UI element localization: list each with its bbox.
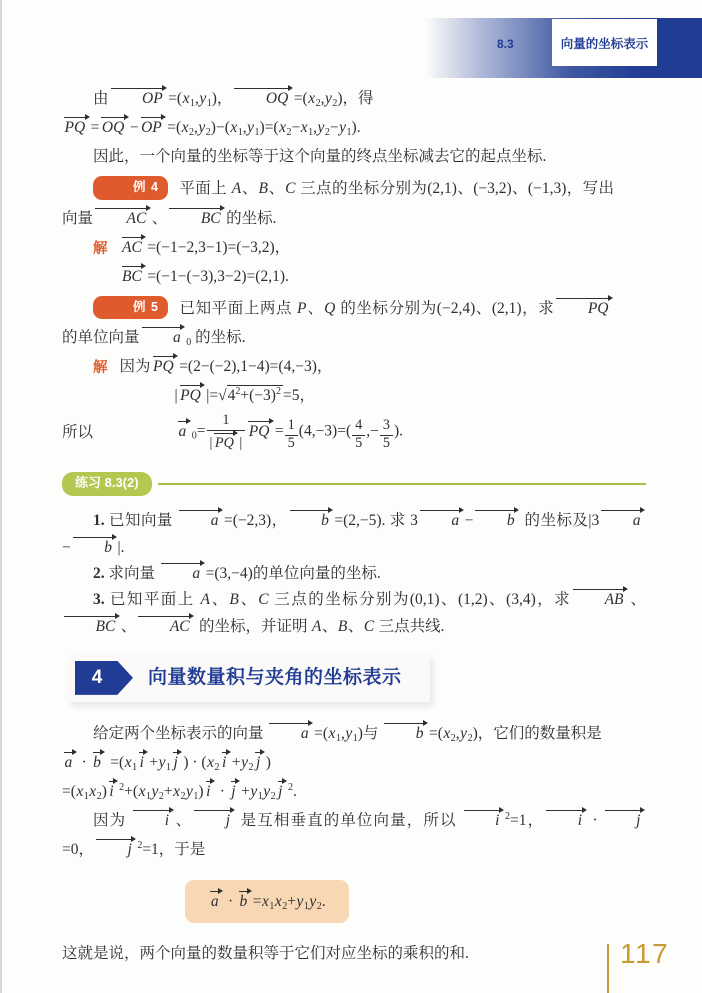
- page-number-rule: [607, 944, 609, 993]
- chapter-title: 向量的坐标表示: [561, 34, 649, 52]
- vector: AB: [572, 587, 628, 609]
- vector: j: [604, 808, 645, 830]
- intro-line-1: 由OP=(x1,y1)，OQ=(x2,y2)，得: [62, 84, 646, 113]
- exercise-item-1-number: 1.: [93, 512, 105, 529]
- vector: a: [209, 889, 223, 911]
- section4-heading-panel: 4 向量数量积与夹角的坐标表示: [68, 654, 430, 702]
- vector: a: [268, 721, 313, 743]
- example5-solution-line1: 因为PQ=(2−(−2),1−4)=(4,−3)，: [120, 352, 647, 381]
- page-number: 117: [620, 938, 669, 970]
- dot-product-paragraph-2: 因为 i、j 是互相垂直的单位向量，所以 i2=1，i · j=0，j2=1，于…: [62, 806, 646, 864]
- vector: AC: [121, 235, 147, 257]
- exercise-divider-line: [158, 483, 646, 485]
- vector: b: [72, 535, 117, 557]
- vector: j: [172, 750, 182, 772]
- exercise-item-1: 1. 已知向量 a=(−2,3)，b=(2,−5). 求 3a−b 的坐标及|3…: [62, 508, 646, 561]
- example5-badge: 例 5: [93, 296, 168, 320]
- vector: a: [141, 325, 186, 347]
- fraction: 45: [352, 418, 365, 452]
- vector: PQ: [152, 354, 179, 376]
- vector: a: [419, 508, 464, 530]
- formula-highlight-box: a · b=x1x2+y1y2.: [185, 880, 349, 923]
- vector: j: [254, 750, 264, 772]
- example4-solution-line1: AC=(−1−2,3−1)=(−3,2)，: [120, 233, 647, 262]
- section4-number-arrow: 4: [75, 661, 133, 695]
- vector: i: [205, 779, 215, 801]
- exercise-title-pill: 练习 8.3(2): [62, 472, 152, 496]
- vector: i: [221, 750, 231, 772]
- example5-conclusion-word: 所以: [62, 418, 93, 447]
- dot-product-equation-2: =(x1x2)i2+(x1y2+x2y1)i · j+y1y2j2.: [62, 777, 646, 806]
- vector: PQ: [179, 383, 206, 405]
- exercise-item-3-text: 已知平面上 A、B、C 三点的坐标分别为(0,1)、(1,2)、(3,4)，求A…: [62, 591, 646, 634]
- exercise-item-3-number: 3.: [93, 591, 105, 608]
- vector: a: [177, 419, 191, 441]
- example5-solution-label: 解: [93, 352, 108, 410]
- chapter-header-band: 8.3 向量的坐标表示: [425, 18, 702, 78]
- example4-solution: 解 AC=(−1−2,3−1)=(−3,2)， BC=(−1−(−3),3−2)…: [93, 233, 646, 291]
- exercise-header: 练习 8.3(2): [62, 472, 646, 496]
- vector: PQ: [63, 115, 90, 137]
- dot-product-equation-1: a · b =(x1i+y1j) · (x2i+y2j): [62, 748, 646, 777]
- intro-line-2: PQ=OQ−OP=(x2,y2)−(x1,y1)=(x2−x1,y2−y1).: [62, 113, 646, 142]
- fraction: 15: [285, 418, 298, 452]
- vector: BC: [121, 264, 147, 286]
- dot-product-paragraph-3: 这就是说，两个向量的数量积等于它们对应坐标的乘积的和.: [62, 939, 646, 968]
- vector: a: [600, 508, 645, 530]
- exercise-item-2-number: 2.: [93, 565, 105, 582]
- page-content: 由OP=(x1,y1)，OQ=(x2,y2)，得 PQ=OQ−OP=(x2,y2…: [62, 84, 646, 968]
- vector: AC: [137, 614, 194, 636]
- example5-problem: 例 5已知平面上两点 P、Q 的坐标分别为(−2,4)、(2,1)，求PQ的单位…: [62, 294, 614, 352]
- vector: j: [277, 779, 287, 801]
- fraction: 1|PQ|: [207, 413, 246, 452]
- example5-conclusion-formula: a0=1|PQ|PQ=15(4,−3)=(45,−35).: [176, 413, 403, 452]
- vector: j: [95, 837, 136, 859]
- dot-product-paragraph-1: 给定两个坐标表示的向量 a=(x1,y1)与 b=(x2,y2)，它们的数量积是: [62, 719, 646, 748]
- vector: BC: [168, 206, 225, 228]
- example5-solution-line2: |PQ|=√42+(−3)2=5，: [175, 381, 647, 410]
- vector: a: [63, 750, 77, 772]
- example5-solution-lines: 因为PQ=(2−(−2),1−4)=(4,−3)， |PQ|=√42+(−3)2…: [120, 352, 647, 410]
- exercise-item-1-text: 已知向量 a=(−2,3)，b=(2,−5). 求 3a−b 的坐标及|3a−b…: [62, 512, 646, 555]
- vector: PQ: [213, 431, 238, 451]
- vector: PQ: [555, 296, 613, 318]
- exercise-item-2: 2. 求向量 a=(3,−4)的单位向量的坐标.: [62, 561, 646, 587]
- exercise-section: 练习 8.3(2) 1. 已知向量 a=(−2,3)，b=(2,−5). 求 3…: [62, 472, 646, 640]
- vector: i: [463, 808, 504, 830]
- vector: a: [160, 561, 205, 583]
- intro-paragraph: 因此，一个向量的坐标等于这个向量的终点坐标减去它的起点坐标.: [62, 142, 614, 171]
- radicand: 42+(−3)2: [227, 385, 283, 404]
- boxed-formula: a · b=x1x2+y1y2.: [208, 893, 325, 910]
- example4-solution-lines: AC=(−1−2,3−1)=(−3,2)， BC=(−1−(−3),3−2)=(…: [120, 233, 647, 291]
- example4-solution-line2: BC=(−1−(−3),3−2)=(2,1).: [120, 262, 647, 291]
- vector: b: [92, 750, 106, 772]
- vector: OP: [140, 115, 167, 137]
- vector: j: [230, 779, 240, 801]
- chapter-title-box: 向量的坐标表示: [552, 19, 657, 66]
- section4-title: 向量数量积与夹角的坐标表示: [148, 660, 402, 696]
- exercise-item-2-text: 求向量 a=(3,−4)的单位向量的坐标.: [109, 565, 381, 582]
- vector: a: [178, 508, 223, 530]
- vector: b: [238, 889, 252, 911]
- vector: i: [138, 750, 148, 772]
- textbook-page: 8.3 向量的坐标表示 由OP=(x1,y1)，OQ=(x2,y2)，得 PQ=…: [0, 0, 702, 993]
- exercise-item-3: 3. 已知平面上 A、B、C 三点的坐标分别为(0,1)、(1,2)、(3,4)…: [62, 587, 646, 640]
- vector: OP: [110, 86, 168, 108]
- chapter-number: 8.3: [497, 37, 514, 51]
- example4-problem: 例 4平面上 A、B、C 三点的坐标分别为(2,1)、(−3,2)、(−1,3)…: [62, 174, 614, 232]
- vector: b: [383, 721, 428, 743]
- vector: PQ: [247, 419, 274, 441]
- example4-badge: 例 4: [93, 176, 168, 200]
- fraction: 35: [380, 418, 393, 452]
- vector: OQ: [233, 86, 292, 108]
- example4-solution-label: 解: [93, 233, 108, 291]
- vector: i: [545, 808, 586, 830]
- example5-solution: 解 因为PQ=(2−(−2),1−4)=(4,−3)， |PQ|=√42+(−3…: [93, 352, 646, 410]
- vector: j: [193, 808, 234, 830]
- vector: AC: [94, 206, 151, 228]
- vector: i: [132, 808, 173, 830]
- vector: b: [474, 508, 519, 530]
- example5-conclusion-row: 所以 a0=1|PQ|PQ=15(4,−3)=(45,−35).: [62, 413, 646, 452]
- vector: b: [289, 508, 334, 530]
- vector: i: [108, 779, 118, 801]
- vector: BC: [63, 614, 120, 636]
- vector: OQ: [100, 115, 128, 137]
